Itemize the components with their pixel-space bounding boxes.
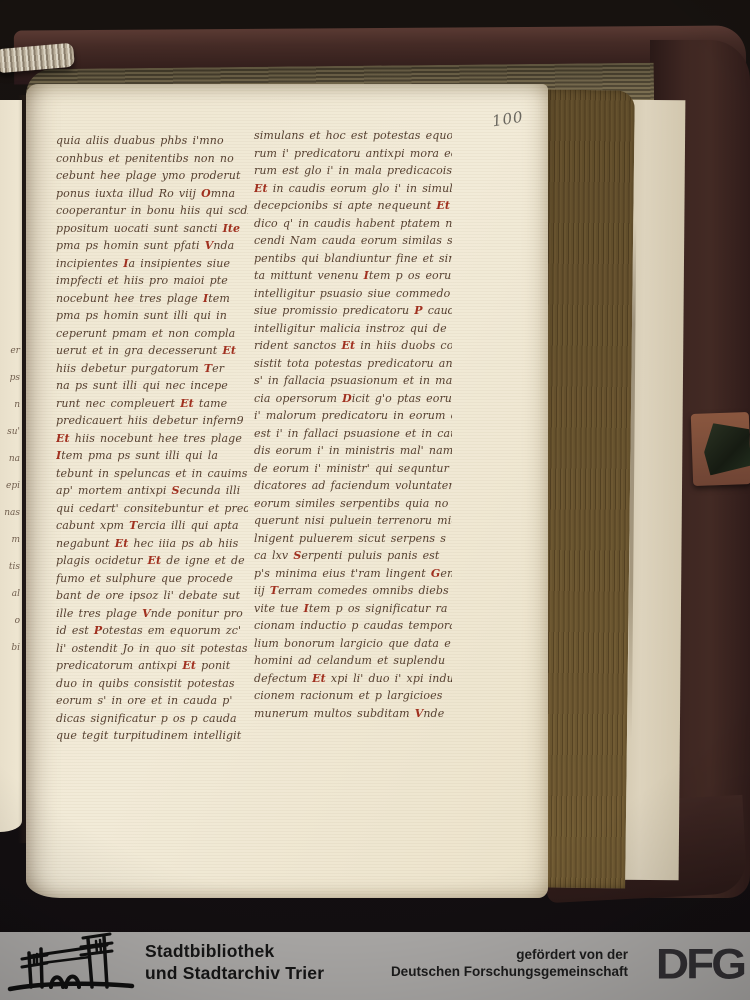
manuscript-text-line: qui cedart' consitebuntur et predi: [56, 500, 248, 518]
manuscript-text-line: ta mittunt venenu Item p os eoru: [254, 267, 452, 285]
manuscript-text-line: runt nec compleuert Et tame: [56, 395, 248, 413]
manuscript-text-line: na ps sunt illi qui nec incepe: [56, 377, 248, 395]
manuscript-text-line: cionam inductio p caudas tempora: [254, 617, 452, 635]
manuscript-text-line: eorum s' in ore et in cauda p': [56, 692, 248, 710]
manuscript-text-line: nocebunt hee tres plage Item: [56, 290, 248, 308]
manuscript-text-line: predicatorum antixpi Et ponit: [56, 657, 248, 675]
manuscript-text-line: cendi Nam cauda eorum similas ser: [254, 232, 452, 250]
manuscript-text-line: rident sanctos Et in hiis duobs co: [254, 337, 452, 355]
manuscript-text-line: pma ps homin sunt illi qui in: [56, 307, 248, 325]
manuscript-text-line: tebunt in speluncas et in cauims: [56, 465, 248, 483]
manuscript-text-line: incipientes Ia insipientes siue: [56, 255, 248, 273]
dfg-logo: DFG: [656, 942, 744, 986]
porta-nigra-logo-icon: [6, 932, 136, 998]
library-name: Stadtbibliothek und Stadtarchiv Trier: [145, 941, 324, 984]
manuscript-text-line: hiis debetur purgatorum Ter: [56, 360, 248, 378]
manuscript-text-line: intelligitur psuasio siue commedo: [254, 285, 452, 303]
manuscript-text-line: Item pma ps sunt illi qui la: [56, 447, 248, 465]
manuscript-text-line: homini ad celandum et suplendu: [254, 652, 452, 670]
funding-credit-line2: Deutschen Forschungsgemeinschaft: [391, 963, 628, 980]
manuscript-text-line: de eorum i' ministr' qui sequntur pre: [254, 460, 452, 478]
library-name-line2: und Stadtarchiv Trier: [145, 963, 324, 985]
manuscript-text-line: cionem racionum et p largicioes: [254, 687, 452, 705]
manuscript-text-line: cia opersorum Dicit g'o ptas eorum: [254, 390, 452, 408]
manuscript-text-line: sistit tota potestas predicatoru antix: [254, 355, 452, 373]
manuscript-text-line: conhbus et penitentibs non no: [56, 150, 248, 168]
clasp-metal-fitting: [703, 422, 750, 476]
manuscript-text-line: dis eorum i' in ministris mal' nam cau: [254, 442, 452, 460]
manuscript-text-line: iij Terram comedes omnibs diebs: [254, 582, 452, 600]
manuscript-text-line: i' malorum predicatoru in eorum oc: [254, 407, 452, 425]
manuscript-text-line: negabunt Et hec iiia ps ab hiis: [56, 535, 248, 553]
manuscript-text-line: quia aliis duabus phbs i'mno: [56, 132, 248, 150]
manuscript-text-line: bant de ore ipsoz li' debate sut: [56, 587, 248, 605]
manuscript-text-line: pma ps homin sunt pfati Vnda: [56, 237, 248, 255]
manuscript-text-line: predicauert hiis debetur infern9: [56, 412, 248, 430]
manuscript-text-line: plagis ocidetur Et de igne et de: [56, 552, 248, 570]
manuscript-text-line: pentibs qui blandiuntur fine et simil: [254, 250, 452, 268]
manuscript-text-line: munerum multos subditam Vnde: [254, 705, 452, 723]
manuscript-text-line: eorum similes serpentibs quia no: [254, 495, 452, 513]
manuscript-text-line: Et hiis nocebunt hee tres plage: [56, 430, 248, 448]
manuscript-text-line: ppositum uocati sunt sancti Ite: [56, 220, 248, 238]
manuscript-text-line: duo in quibs consistit potestas: [56, 675, 248, 693]
manuscript-text-line: fumo et sulphure que procede: [56, 570, 248, 588]
manuscript-text-line: cabunt xpm Tercia illi qui apta: [56, 517, 248, 535]
manuscript-text-line: cooperantur in bonu hiis qui scdz: [56, 202, 248, 220]
manuscript-text-line: rum est glo i' in mala predicacois: [254, 162, 452, 180]
manuscript-text-line: defectum Et xpi li' duo i' xpi induc: [254, 670, 452, 688]
textblock-fore-edge: [533, 89, 635, 888]
manuscript-column-right: simulans et hoc est potestas equorum i' …: [254, 127, 452, 735]
manuscript-text-line: ceperunt pmam et non compla: [56, 325, 248, 343]
manuscript-text-line: que tegit turpitudinem intelligit: [56, 727, 248, 745]
manuscript-text-line: ap' mortem antixpi Secunda illi: [56, 482, 248, 500]
manuscript-text-line: p's minima eius t'ram lingent Gen: [254, 565, 452, 583]
manuscript-text-line: ille tres plage Vnde ponitur pro: [56, 605, 248, 623]
manuscript-text-line: est i' in fallaci psuasione et in cau: [254, 425, 452, 443]
manuscript-text-line: dicatores ad faciendum voluntatem: [254, 477, 452, 495]
book-clasp-strap: [691, 412, 750, 486]
manuscript-text-line: cebunt hee plage ymo proderut: [56, 167, 248, 185]
funding-credit: gefördert von der Deutschen Forschungsge…: [391, 946, 628, 980]
manuscript-text-line: querunt nisi puluein terrenoru mich': [254, 512, 452, 530]
manuscript-text-line: simulans et hoc est potestas equo: [254, 127, 452, 145]
manuscript-text-line: lium bonorum largicio que data e: [254, 635, 452, 653]
manuscript-text-line: dicas significatur p os p cauda: [56, 710, 248, 728]
manuscript-text-line: dico q' in caudis habent ptatem no: [254, 215, 452, 233]
manuscript-text-line: s' in fallacia psuasionum et in mali: [254, 372, 452, 390]
manuscript-text-line: decepcionibs si apte nequeunt Et bn: [254, 197, 452, 215]
manuscript-text-line: siue promissio predicatoru P caudas: [254, 302, 452, 320]
manuscript-text-line: ca lxv Serpenti puluis panis est: [254, 547, 452, 565]
manuscript-text-line: Et in caudis eorum glo i' in simulas: [254, 180, 452, 198]
library-name-line1: Stadtbibliothek: [145, 941, 324, 963]
manuscript-text-line: impfecti et hiis pro maioi pte: [56, 272, 248, 290]
manuscript-text-line: intelligitur malicia instroz qui de: [254, 320, 452, 338]
manuscript-column-left: quia aliis duabus phbs i'mnoconhbus et p…: [56, 132, 248, 750]
manuscript-text-line: li' ostendit Jo in quo sit potestas: [56, 640, 248, 658]
manuscript-text-line: id est Potestas em equorum zc': [56, 622, 248, 640]
manuscript-text-line: uerut et in gra decesserunt Et: [56, 342, 248, 360]
manuscript-text-line: rum i' predicatoru antixpi mora eo: [254, 145, 452, 163]
manuscript-text-line: ponus iuxta illud Ro viij Omna: [56, 185, 248, 203]
funding-credit-line1: gefördert von der: [391, 946, 628, 963]
manuscript-text-line: lnigent puluerem sicut serpens s: [254, 530, 452, 548]
footer-banner: Stadtbibliothek und Stadtarchiv Trier ge…: [0, 932, 750, 1000]
manuscript-text-line: vite tue Item p os significatur ra: [254, 600, 452, 618]
manuscript-scan-background: erpsnsu'naepinasmtisalobi 100 quia aliis…: [0, 0, 750, 1000]
